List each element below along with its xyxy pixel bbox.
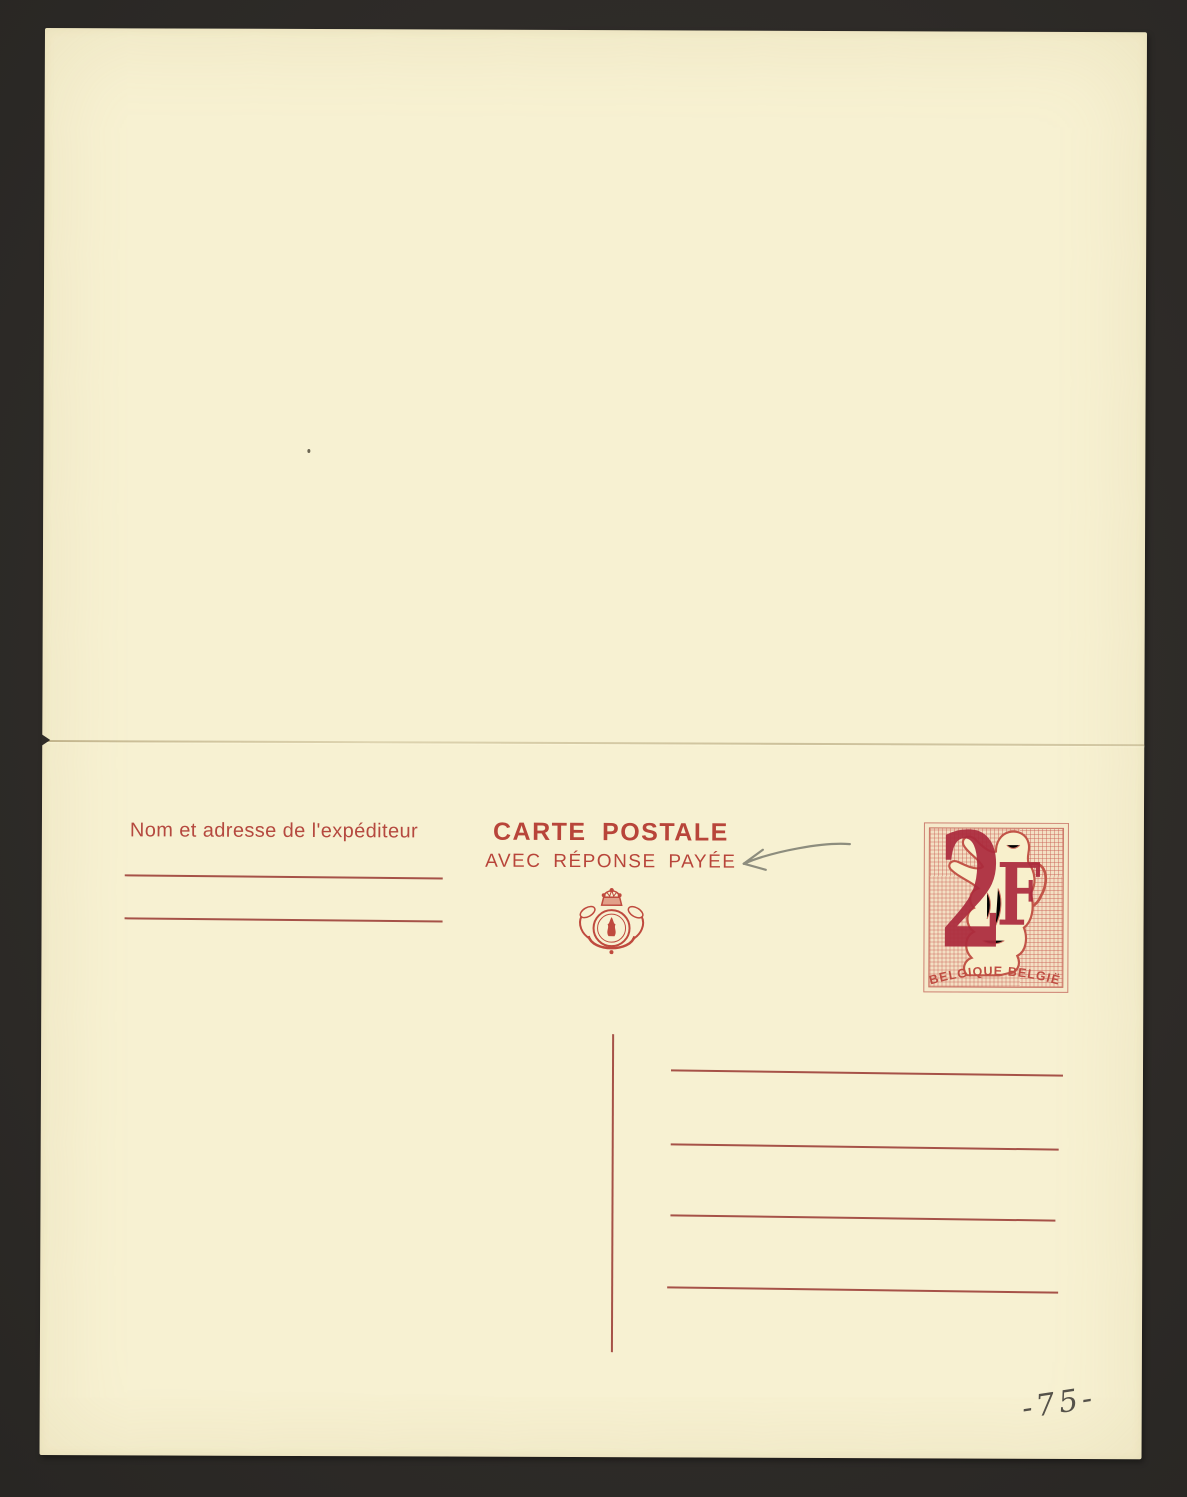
sender-writing-line xyxy=(125,917,443,922)
posthorn-crown-emblem-icon xyxy=(564,886,658,960)
stamp-country-arc: BELGIQUE BELGIË xyxy=(926,954,1063,989)
stamp-country-label: BELGIQUE BELGIË xyxy=(928,964,1063,988)
address-writing-line xyxy=(667,1286,1058,1293)
sender-writing-line xyxy=(125,874,443,879)
address-writing-line xyxy=(670,1214,1055,1221)
paper-speck xyxy=(307,449,310,453)
stamp-value-digit: 2 xyxy=(938,829,1004,956)
card-subtitle: AVEC RÉPONSE PAYÉE xyxy=(460,851,762,874)
postcard: Nom et adresse de l'expéditeur CARTE POS… xyxy=(40,28,1147,1459)
scan-background: Nom et adresse de l'expéditeur CARTE POS… xyxy=(0,0,1187,1497)
address-divider-line xyxy=(611,1034,614,1352)
fold-line xyxy=(42,740,1144,746)
svg-text:BELGIQUE BELGIË: BELGIQUE BELGIË xyxy=(928,964,1063,988)
card-title: CARTE POSTALE xyxy=(460,818,762,848)
stamp-value-letter: F xyxy=(997,862,1041,931)
fold-notch xyxy=(41,734,50,746)
address-writing-line xyxy=(671,1143,1059,1150)
pencil-price-note: -75- xyxy=(1019,1380,1098,1426)
address-writing-line xyxy=(671,1069,1063,1076)
pencil-arrow-icon xyxy=(732,837,857,877)
sender-address-label: Nom et adresse de l'expéditeur xyxy=(130,819,418,843)
stamp-imprint: 2 F BELGIQUE BELGIË xyxy=(923,822,1069,993)
